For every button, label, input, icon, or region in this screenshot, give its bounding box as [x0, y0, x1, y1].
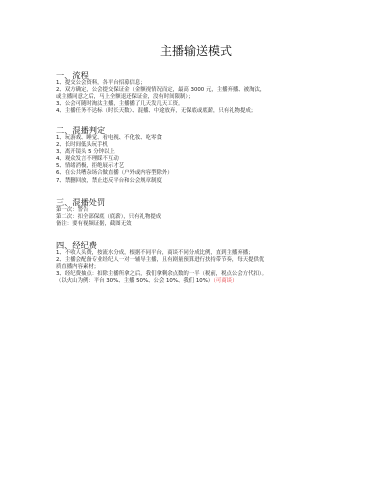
document-title: 主播输送模式 — [56, 44, 336, 58]
fee-line-2: 2、主播会配备专业经纪人一对一辅导主播，且有剧量预算进行扶持带节奏，每天提供优 — [56, 257, 346, 264]
section-heading: 二、混播判定 — [56, 125, 346, 135]
section-process: 一、流程 1、提交公会资料，各平台招募信息； 2、双方确定，公会提交保证金（金额… — [56, 70, 346, 115]
negotiable-highlight: （可商谈） — [213, 278, 237, 284]
section-agency-fee: 四、经纪费 1、不收人头费，按流水分成，根据不同平台，商谈不同分成比例，直到主播… — [56, 240, 346, 285]
penalty-note: 备注：要有视频证据，截图无效 — [56, 221, 346, 228]
process-line-4: 4、主播任务不达标（时长天数）、混播、中途放弃，无保底或底薪，只有礼物提成； — [56, 108, 346, 115]
section-mixed-streaming-criteria: 二、混播判定 1、玩游戏、睡觉、看电视、不化妆、吃零食 2、长时间低头玩手机 3… — [56, 125, 346, 185]
section-penalties: 三、混播处罚 第一次：警告 第二次：扣全部保底（底薪），只有礼物提成 备注：要有… — [56, 197, 346, 228]
section-heading: 四、经纪费 — [56, 240, 346, 250]
criteria-line-7: 7、禁删回放，禁止违反平台和公会规章制度 — [56, 178, 346, 185]
section-heading: 一、流程 — [56, 70, 346, 80]
fee-example-line: （以火山为例：平台 30%、主播 50%、公会 10%、我们 10%）（可商谈） — [56, 278, 346, 285]
fee-example-text: （以火山为例：平台 30%、主播 50%、公会 10%、我们 10%） — [56, 278, 213, 284]
section-heading: 三、混播处罚 — [56, 197, 346, 207]
criteria-line-6: 6、在公共嘈杂场合做直播（户外或内容型除外） — [56, 170, 346, 177]
